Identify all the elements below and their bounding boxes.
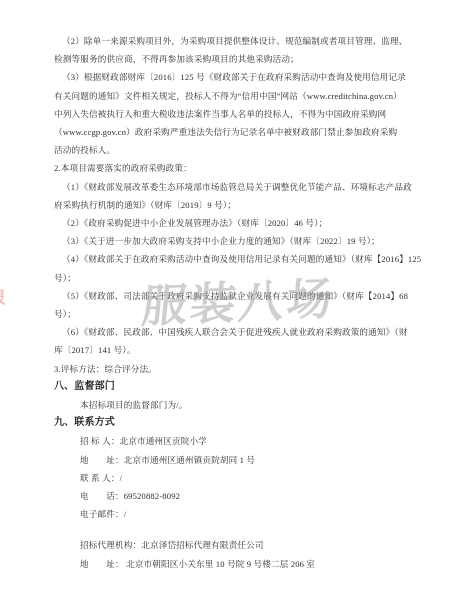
text-line: 府采购执行机制的通知》（财库〔2019〕9 号）； — [54, 196, 399, 214]
text-line: 本招标项目的监督部门为/。 — [54, 396, 399, 414]
text-line: （6）《财政部、民政部、中国残疾人联合会关于促进残疾人就业政府采购政策的通知》（… — [54, 323, 399, 341]
text-line: 3.评标方法：综合评分法。 — [54, 360, 399, 378]
text-line: （3）《关于进一步加大政府采购支持中小企业力度的通知》（财库〔2022〕19 号… — [54, 232, 399, 250]
text-line: 号）； — [54, 305, 399, 323]
document-body: （2）除单一来源采购项目外，为采购项目提供整体设计、规范编制或者项目管理、监理、… — [54, 32, 399, 573]
line-spacer — [54, 523, 399, 536]
text-line: 电子邮件：/ — [54, 505, 399, 523]
edge-watermark-fragment: 服 — [0, 284, 6, 310]
text-line: 地 址： 北京市朝阳区小关东里 10 号院 9 号楼二层 206 室 — [54, 555, 399, 573]
text-line: 2.本项目需要落实的政府采购政策： — [54, 159, 399, 177]
text-line: 招标代理机构：北京泽岱招标代理有限责任公司 — [54, 536, 399, 554]
text-line: （1）《财政部发展改革委生态环境部市场监管总局关于调整优化节能产品、环境标志产品… — [54, 178, 399, 196]
text-line: （2）除单一来源采购项目外，为采购项目提供整体设计、规范编制或者项目管理、监理、 — [54, 32, 399, 50]
text-line: 联 系 人：/ — [54, 469, 399, 487]
text-line: （3）根据财政部财库〔2016〕125 号《财政部关于在政府采购活动中查询及使用… — [54, 68, 399, 86]
text-line: （www.ccgp.gov.cn）政府采购严重违法失信行为记录名单中被财政部门禁… — [54, 123, 399, 141]
text-line: 八、监督部门 — [54, 378, 399, 396]
text-line: 中列入失信被执行人和重大税收违法案件当事人名单的投标人，不得为中国政府采购网 — [54, 105, 399, 123]
document-page: （2）除单一来源采购项目外，为采购项目提供整体设计、规范编制或者项目管理、监理、… — [0, 0, 450, 600]
text-line: 库〔2017〕141 号）。 — [54, 341, 399, 359]
text-line: 号）； — [54, 269, 399, 287]
text-line: 招 标 人：北京市通州区贡院小学 — [54, 432, 399, 450]
text-line: （2）《政府采购促进中小企业发展管理办法》（财库〔2020〕46 号）； — [54, 214, 399, 232]
text-line: 九、联系方式 — [54, 414, 399, 432]
text-line: （4）《财政部关于在政府采购活动中查询及使用信用记录有关问题的通知》（财库【20… — [54, 250, 399, 268]
text-line: 地 址：北京市通州区通州镇贡院胡同 1 号 — [54, 451, 399, 469]
text-line: （5）《财政部、司法部关于政府采购支持监狱企业发展有关问题的通知》（财库【201… — [54, 287, 399, 305]
text-line: 电 话：69520882-8092 — [54, 487, 399, 505]
text-line: 检测等服务的供应商，不得再参加该采购项目的其他采购活动； — [54, 50, 399, 68]
text-line: 活动的投标人。 — [54, 141, 399, 159]
text-line: 有关问题的通知》文件相关规定，投标人不得为“信用中国”网站（www.credit… — [54, 87, 399, 105]
